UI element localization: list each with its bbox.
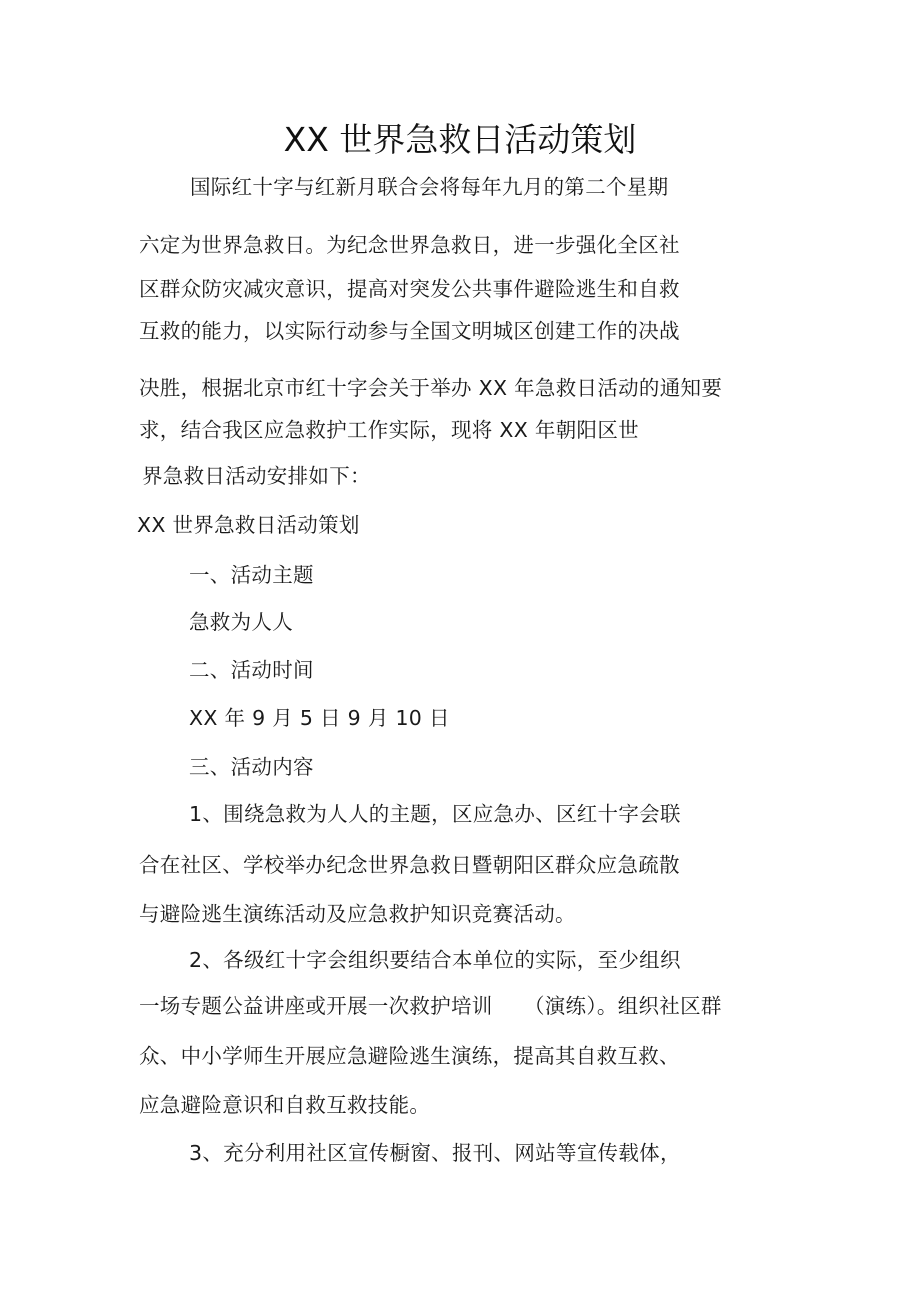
text-line: 众、中小学师生开展应急避险逃生演练，提高其自救互救、 [139,1043,680,1069]
text-line: 互救的能力，以实际行动参与全国文明城区创建工作的决战 [139,318,680,344]
document-title: XX 世界急救日活动策划 [0,120,920,160]
text-line: 一场专题公益讲座或开展一次救护培训 （演练）。组织社区群 [139,993,722,1019]
text-line: 应急避险意识和自救互救技能。 [139,1092,430,1118]
text-line: 区群众防灾减灾意识，提高对突发公共事件避险逃生和自救 [139,276,680,302]
text-line: XX 世界急救日活动策划 [137,512,360,538]
text-line: 1、围绕急救为人人的主题，区应急办、区红十字会联 [189,801,681,827]
text-line: XX 年 9 月 5 日 9 月 10 日 [189,705,450,731]
text-line: 二、活动时间 [189,657,314,683]
text-line: 与避险逃生演练活动及应急救护知识竞赛活动。 [139,901,576,927]
text-line: 2、各级红十字会组织要结合本单位的实际，至少组织 [189,947,681,973]
text-line: 一、活动主题 [189,562,314,588]
text-line: 三、活动内容 [189,754,314,780]
text-line: 急救为人人 [189,609,293,635]
text-line: 六定为世界急救日。为纪念世界急救日，进一步强化全区社 [139,232,680,258]
text-line: 3、充分利用社区宣传橱窗、报刊、网站等宣传载体， [189,1140,681,1166]
text-line: 国际红十字与红新月联合会将每年九月的第二个星期 [190,174,668,200]
text-line: 合在社区、学校举办纪念世界急救日暨朝阳区群众应急疏散 [139,852,680,878]
text-line: 求，结合我区应急救护工作实际，现将 XX 年朝阳区世 [139,417,639,443]
text-line: 界急救日活动安排如下： [142,463,371,489]
text-line: 决胜，根据北京市红十字会关于举办 XX 年急救日活动的通知要 [139,375,722,401]
